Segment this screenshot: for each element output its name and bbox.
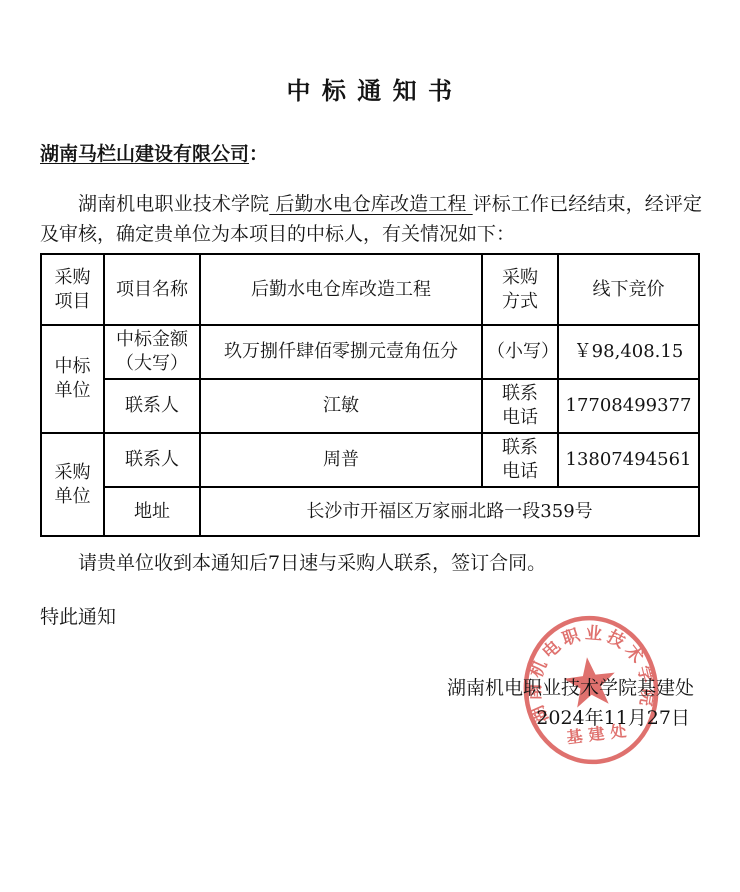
cell-address-value: 长沙市开福区万家丽北路一段359号 — [200, 487, 699, 536]
cell-winner-contact-label: 联系人 — [104, 379, 200, 433]
cell-winner-phone-value: 17708499377 — [558, 379, 699, 433]
intro-part1: 湖南机电职业技术学院 — [78, 193, 269, 215]
recipient-colon: ： — [249, 143, 268, 165]
cell-procure-method-label: 采购 方式 — [482, 254, 558, 325]
table-row: 地址 长沙市开福区万家丽北路一段359号 — [41, 487, 699, 536]
hereby-notice-text: 特此通知 — [40, 602, 116, 629]
cell-amount-figures-label: （小写） — [482, 325, 558, 379]
cell-address-label: 地址 — [104, 487, 200, 536]
cell-purchaser-phone-value: 13807494561 — [558, 433, 699, 487]
cell-purchaser-contact-name: 周普 — [200, 433, 482, 487]
signature-org: 湖南机电职业技术学院基建处 — [447, 673, 694, 700]
table-row: 采购 单位 联系人 周普 联系 电话 13807494561 — [41, 433, 699, 487]
cell-project-name-label: 项目名称 — [104, 254, 200, 325]
cell-project-name-value: 后勤水电仓库改造工程 — [200, 254, 482, 325]
bid-info-table: 采购 项目 项目名称 后勤水电仓库改造工程 采购 方式 线下竞价 中标 单位 中… — [40, 253, 700, 537]
cell-amount-words-value: 玖万捌仟肆佰零捌元壹角伍分 — [200, 325, 482, 379]
cell-purchaser-contact-label: 联系人 — [104, 433, 200, 487]
table-row: 联系人 江敏 联系 电话 17708499377 — [41, 379, 699, 433]
recipient-line: 湖南马栏山建设有限公司： — [40, 139, 268, 166]
cell-purchaser-phone-label: 联系 电话 — [482, 433, 558, 487]
cell-procure-method-value: 线下竞价 — [558, 254, 699, 325]
bid-notice-document: 中 标 通 知 书 湖南马栏山建设有限公司： 湖南机电职业技术学院 后勤水电仓库… — [0, 0, 740, 892]
cell-procure-item-label: 采购 项目 — [41, 254, 104, 325]
cell-amount-words-label: 中标金额 （大写） — [104, 325, 200, 379]
closing-paragraph: 请贵单位收到本通知后7日速与采购人联系，签订合同。 — [40, 548, 702, 578]
cell-winner-group-label: 中标 单位 — [41, 325, 104, 433]
intro-paragraph: 湖南机电职业技术学院 后勤水电仓库改造工程 评标工作已经结束，经评定及审核，确定… — [40, 189, 702, 249]
table-row: 采购 项目 项目名称 后勤水电仓库改造工程 采购 方式 线下竞价 — [41, 254, 699, 325]
cell-winner-contact-name: 江敏 — [200, 379, 482, 433]
table-row: 中标 单位 中标金额 （大写） 玖万捌仟肆佰零捌元壹角伍分 （小写） ￥98,4… — [41, 325, 699, 379]
page-title: 中 标 通 知 书 — [0, 71, 740, 106]
project-name-underlined: 后勤水电仓库改造工程 — [269, 193, 473, 215]
signature-date: 2024年11月27日 — [536, 703, 690, 730]
cell-winner-phone-label: 联系 电话 — [482, 379, 558, 433]
cell-amount-figures-value: ￥98,408.15 — [558, 325, 699, 379]
cell-purchaser-group-label: 采购 单位 — [41, 433, 104, 536]
recipient-name: 湖南马栏山建设有限公司 — [40, 143, 249, 165]
